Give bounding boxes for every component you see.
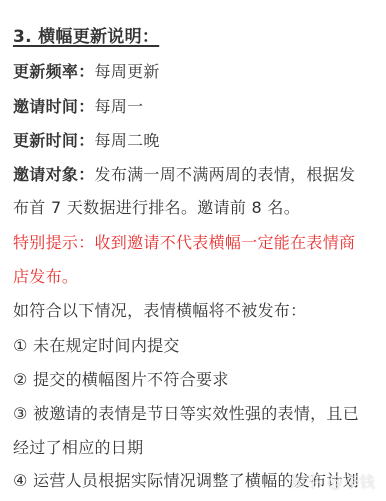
section-title: 3. 横幅更新说明： — [13, 27, 159, 47]
field-value: 发布满一周不满两周的表情，根据发 — [95, 165, 356, 184]
condition-item-continued: 经过了相应的日期 — [13, 438, 143, 458]
field-update-frequency: 更新频率：每周更新 — [13, 62, 160, 82]
invite-target-continued: 布首 7 天数据进行排名。邀请前 8 名。 — [13, 198, 300, 218]
field-invite-target: 邀请对象：发布满一周不满两周的表情，根据发 — [13, 165, 355, 185]
condition-item: ③ 被邀请的表情是节日等实效性强的表情，且已 — [13, 404, 359, 424]
field-label: 邀请对象： — [13, 165, 95, 184]
condition-item: ① 未在规定时间内提交 — [13, 336, 180, 356]
condition-item: ② 提交的横幅图片不符合要求 — [13, 370, 229, 390]
field-value: 每周更新 — [95, 62, 160, 81]
field-value: 每周一 — [95, 97, 144, 116]
watermark: 知乎 @李钱 — [290, 471, 376, 492]
field-label: 更新频率： — [13, 62, 95, 81]
field-invite-time: 邀请时间：每周一 — [13, 97, 143, 117]
special-note-line-2: 店发布。 — [13, 267, 78, 287]
special-note-line-1: 特别提示：收到邀请不代表横幅一定能在表情商 — [13, 233, 355, 253]
field-update-time: 更新时间：每周二晚 — [13, 131, 160, 151]
field-value: 每周二晚 — [95, 131, 160, 150]
conditions-intro: 如符合以下情况，表情横幅将不被发布： — [13, 301, 306, 321]
field-label: 更新时间： — [13, 131, 95, 150]
field-label: 邀请时间： — [13, 97, 95, 116]
